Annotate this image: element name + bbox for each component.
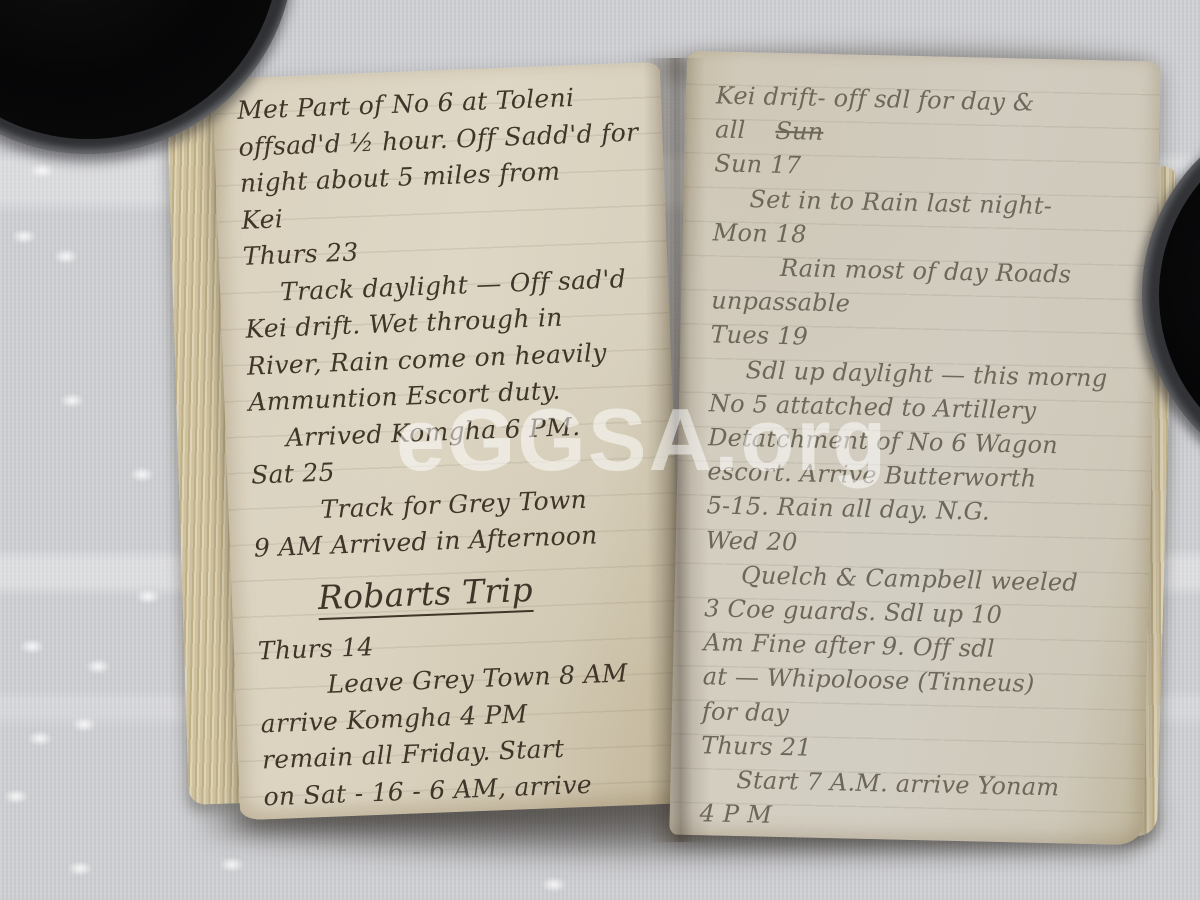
left-page-handwriting: Met Part of No 6 at Tolenioffsad'd ½ hou… bbox=[212, 62, 688, 821]
fabric-dot bbox=[70, 716, 98, 733]
diary-left-page: Met Part of No 6 at Tolenioffsad'd ½ hou… bbox=[212, 62, 688, 821]
diary-right-page: Kei drift- off sdl for day &allSunSun 17… bbox=[669, 51, 1161, 846]
struck-word: Sun bbox=[775, 117, 824, 146]
fabric-dot bbox=[10, 228, 38, 245]
fabric-dot bbox=[18, 638, 46, 655]
right-page-handwriting: Kei drift- off sdl for day &allSunSun 17… bbox=[669, 51, 1161, 846]
fabric-dot bbox=[128, 466, 156, 483]
fabric-dot bbox=[52, 248, 80, 265]
fabric-dot bbox=[84, 658, 112, 675]
fabric-dot bbox=[218, 856, 246, 873]
fabric-dot bbox=[28, 162, 56, 179]
fabric-dot bbox=[134, 588, 162, 605]
fabric-dot bbox=[66, 860, 94, 877]
fabric-dot bbox=[540, 876, 568, 893]
fabric-dot bbox=[26, 730, 54, 747]
fabric-dot bbox=[2, 788, 30, 805]
fabric-dot bbox=[58, 392, 86, 409]
